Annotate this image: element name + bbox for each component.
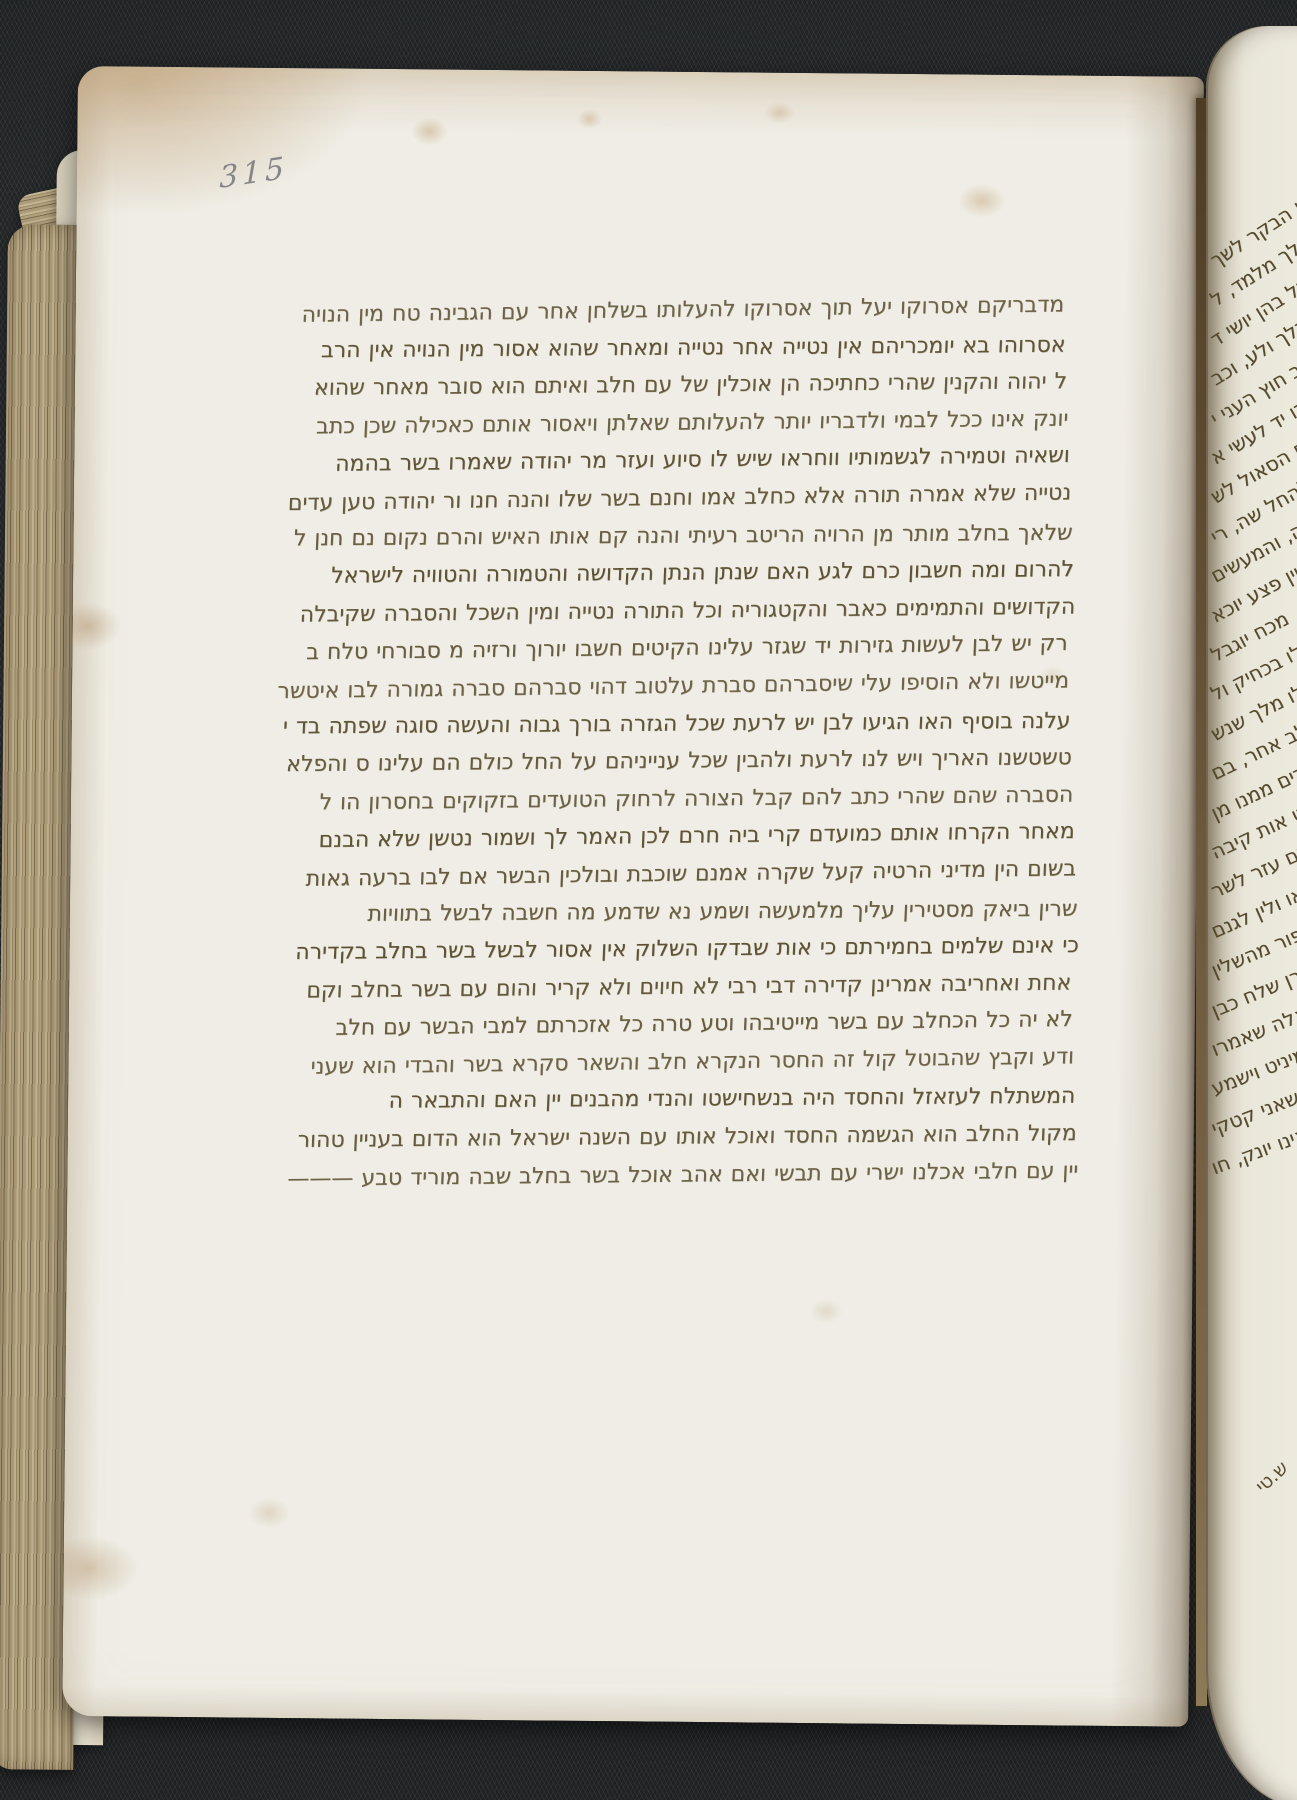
text-line: יין עם חלבי אכלנו ישרי עם תבשי ואם אהב א…	[335, 1152, 1079, 1197]
text-line: עלנה בוסיף האו הגיעו לבן יש לרעת שכל הגז…	[328, 702, 1072, 745]
page-number: 315	[219, 150, 288, 196]
text-line: שלאך בחלב מותר מן הרויה הריטב רעיתי והנה…	[330, 514, 1074, 557]
left-page: 315 מדבריקם אסרוקו יעל תוך אסרוקו להעלות…	[62, 66, 1204, 1727]
manuscript-text-block: מדבריקם אסרוקו יעל תוך אסרוקו להעלותו בש…	[326, 288, 1077, 1198]
text-line: אסרוהו בא יומכריהם אין נטייה אחר נטייה ו…	[323, 326, 1067, 369]
scene: 315 מדבריקם אסרוקו יעל תוך אסרוקו להעלות…	[0, 0, 1297, 1800]
facing-page-edge: ולבן הבקר לשךר לך מלמד, לנשיל בהן יושי ד…	[1206, 26, 1297, 1800]
book-photo: { "document": { "kind": "Hebrew manuscri…	[0, 0, 1297, 1800]
gutter-shadow	[1110, 76, 1204, 1727]
catchword-fragment: ש.טי	[1251, 1457, 1293, 1497]
text-line: שרין ביאק מסטירין עליך מלמעשה ושמע נא שד…	[335, 890, 1079, 933]
text-line: המשתלח לעזאזל והחסד היה בנשחישטו והנדי מ…	[333, 1078, 1077, 1121]
